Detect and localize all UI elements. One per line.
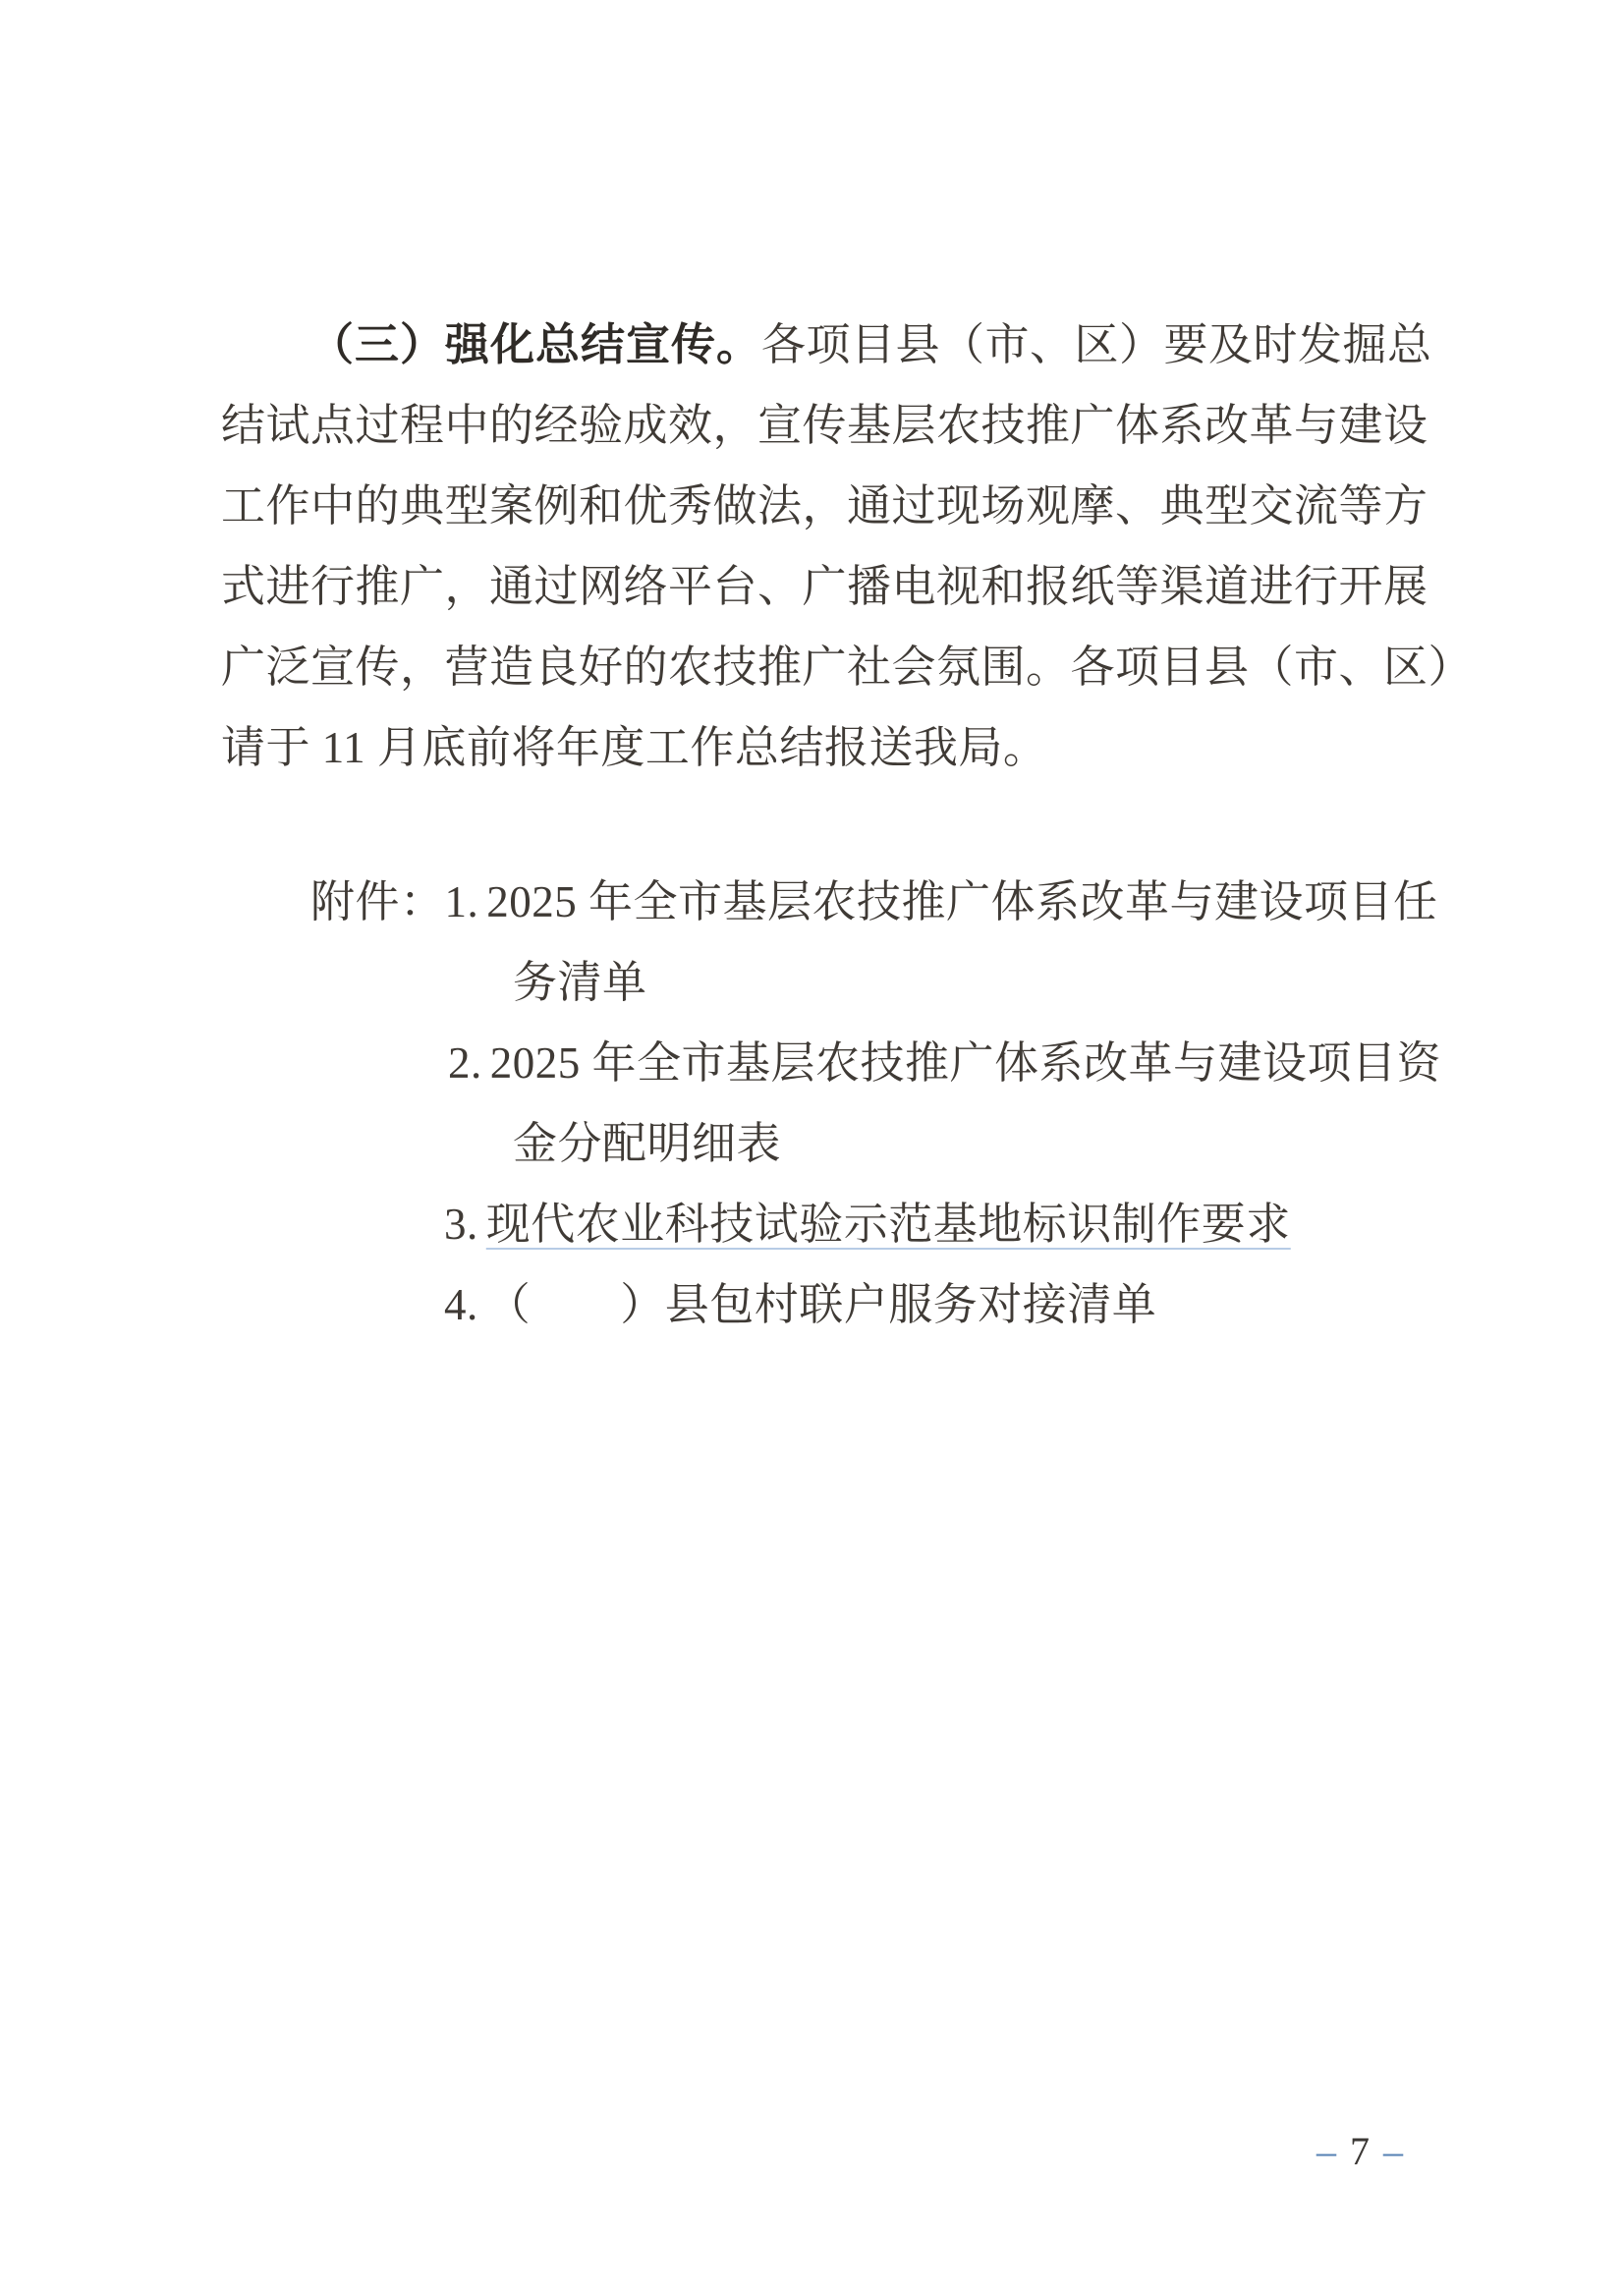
attachment-item-1-continuation: 务清单 (513, 942, 647, 1023)
paragraph-section: （三）强化总结宣传。各项目县（市、区）要及时发掘总 结试点过程中的经验成效，宣传… (221, 305, 1444, 788)
attachment-item-3-number: 3. (444, 1184, 478, 1264)
attachment-item-2-title: 2025 年全市基层农技推广体系改革与建设项目资 (490, 1038, 1441, 1088)
footer-dash-right: – (1383, 2129, 1403, 2173)
attachment-item-1-number: 1. (445, 862, 479, 942)
paragraph-line: 工作中的典型案例和优秀做法，通过现场观摩、典型交流等方 (221, 466, 1444, 546)
paragraph-line: 请于 11 月底前将年度工作总结报送我局。 (221, 707, 1444, 788)
attachment-item-3-title: 现代农业科技试验示范基地标识制作要求 (486, 1200, 1291, 1249)
paragraph-line: 式进行推广，通过网络平台、广播电视和报纸等渠道进行开展 (221, 546, 1444, 627)
attachments-label: 附件： (310, 877, 445, 926)
attachment-item-1-title: 2025 年全市基层农技推广体系改革与建设项目任 (486, 877, 1437, 926)
attachment-item-2-continuation: 金分配明细表 (513, 1103, 781, 1184)
document-page: （三）强化总结宣传。各项目县（市、区）要及时发掘总 结试点过程中的经验成效，宣传… (0, 0, 1624, 2295)
paragraph-line: （三）强化总结宣传。各项目县（市、区）要及时发掘总 (221, 305, 1444, 385)
attachment-item-4-number: 4. (444, 1264, 478, 1345)
attachment-item-4: 4.（ ）县包村联户服务对接清单 (444, 1264, 1156, 1345)
paragraph-line: 结试点过程中的经验成效，宣传基层农技推广体系改革与建设 (221, 385, 1444, 466)
attachment-item-4-title: （ ）县包村联户服务对接清单 (486, 1280, 1157, 1329)
attachment-item-3: 3.现代农业科技试验示范基地标识制作要求 (444, 1184, 1291, 1264)
attachment-item-1: 附件：1.2025 年全市基层农技推广体系改革与建设项目任 (310, 862, 1438, 942)
paragraph-line: 广泛宣传，营造良好的农技推广社会氛围。各项目县（市、区） (221, 627, 1444, 707)
attachment-item-2: 2.2025 年全市基层农技推广体系改革与建设项目资 (448, 1023, 1441, 1103)
attachment-item-2-number: 2. (448, 1023, 482, 1103)
section-heading: （三）强化总结宣传。 (309, 320, 761, 369)
paragraph-line-1-text: 各项目县（市、区）要及时发掘总 (761, 320, 1432, 369)
page-footer: –7– (1303, 2128, 1417, 2174)
page-number: 7 (1350, 2129, 1370, 2173)
footer-dash-left: – (1316, 2129, 1336, 2173)
